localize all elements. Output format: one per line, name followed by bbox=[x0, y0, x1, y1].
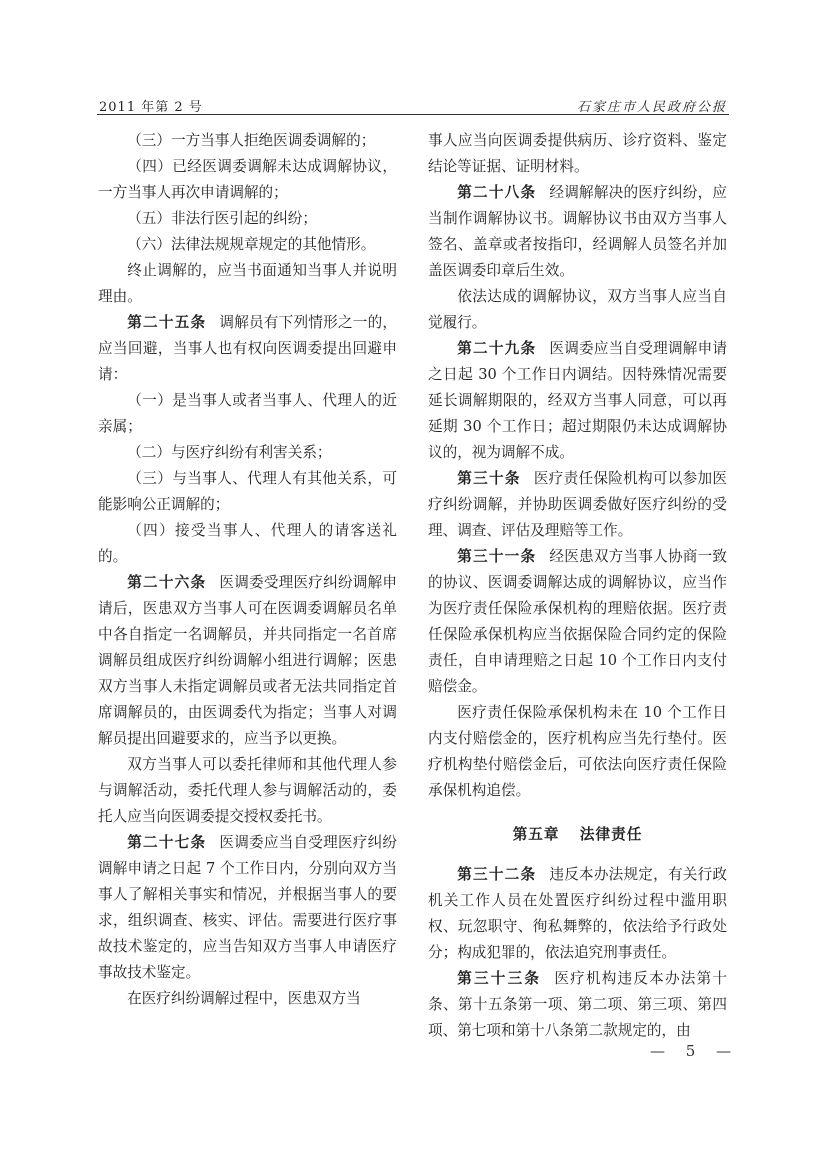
article-heading: 第三十条 bbox=[457, 470, 521, 487]
chapter-number: 第五章 bbox=[513, 826, 560, 843]
paragraph: （六）法律法规规章规定的其他情形。 bbox=[98, 232, 397, 258]
paragraph: （五）非法行医引起的纠纷； bbox=[98, 206, 397, 232]
article-30: 第三十条医疗责任保险机构可以参加医疗纠纷调解，并协助医调委做好医疗纠纷的受理、调… bbox=[428, 466, 727, 544]
article-25: 第二十五条调解员有下列情形之一的，应当回避，当事人也有权向医调委提出回避申请： bbox=[98, 310, 397, 388]
left-column: （三）一方当事人拒绝医调委调解的； （四）已经医调委调解未达成调解协议，一方当事… bbox=[98, 128, 397, 1012]
article-heading: 第二十九条 bbox=[457, 340, 536, 357]
paragraph: （三）一方当事人拒绝医调委调解的； bbox=[98, 128, 397, 154]
paragraph: （一）是当事人或者当事人、代理人的近亲属； bbox=[98, 388, 397, 440]
paragraph-continued: 事人应当向医调委提供病历、诊疗资料、鉴定结论等证据、证明材料。 bbox=[428, 128, 727, 180]
article-text: 医调委应当自受理调解申请之日起 30 个工作日内调结。因特殊情况需要延长调解期限… bbox=[428, 340, 727, 461]
article-heading: 第三十二条 bbox=[457, 866, 536, 883]
article-heading: 第二十七条 bbox=[127, 834, 206, 851]
article-heading: 第二十五条 bbox=[127, 314, 206, 331]
article-26: 第二十六条医调委受理医疗纠纷调解申请后，医患双方当事人可在医调委调解员名单中各自… bbox=[98, 570, 397, 752]
chapter-title: 法律责任 bbox=[580, 826, 642, 843]
article-31: 第三十一条经医患双方当事人协商一致的协议、医调委调解达成的调解协议，应当作为医疗… bbox=[428, 544, 727, 700]
journal-title: 石家庄市人民政府公报 bbox=[577, 96, 727, 115]
paragraph: （四）接受当事人、代理人的请客送礼的。 bbox=[98, 518, 397, 570]
article-33: 第三十三条医疗机构违反本办法第十条、第十五条第一项、第二项、第三项、第四项、第七… bbox=[428, 966, 727, 1044]
issue-label: 2011 年第 2 号 bbox=[99, 96, 203, 115]
article-text: 医调委应当自受理医疗纠纷调解申请之日起 7 个工作日内，分别向双方当事人了解相关… bbox=[98, 834, 397, 981]
paragraph: 医疗责任保险承保机构未在 10 个工作日内支付赔偿金的，医疗机构应当先行垫付。医… bbox=[428, 700, 727, 804]
right-column: 事人应当向医调委提供病历、诊疗资料、鉴定结论等证据、证明材料。 第二十八条经调解… bbox=[428, 128, 727, 1044]
paragraph: 在医疗纠纷调解过程中，医患双方当 bbox=[98, 986, 397, 1012]
paragraph: 终止调解的，应当书面通知当事人并说明理由。 bbox=[98, 258, 397, 310]
page-number: — 5 — bbox=[650, 1042, 739, 1060]
paragraph: （四）已经医调委调解未达成调解协议，一方当事人再次申请调解的； bbox=[98, 154, 397, 206]
article-29: 第二十九条医调委应当自受理调解申请之日起 30 个工作日内调结。因特殊情况需要延… bbox=[428, 336, 727, 466]
paragraph: （三）与当事人、代理人有其他关系，可能影响公正调解的； bbox=[98, 466, 397, 518]
article-text: 医调委受理医疗纠纷调解申请后，医患双方当事人可在医调委调解员名单中各自指定一名调… bbox=[98, 574, 397, 747]
article-heading: 第二十六条 bbox=[127, 574, 206, 591]
article-27: 第二十七条医调委应当自受理医疗纠纷调解申请之日起 7 个工作日内，分别向双方当事… bbox=[98, 830, 397, 986]
paragraph: 依法达成的调解协议，双方当事人应当自觉履行。 bbox=[428, 284, 727, 336]
article-heading: 第二十八条 bbox=[457, 184, 536, 201]
article-heading: 第三十三条 bbox=[457, 970, 541, 987]
running-header: 2011 年第 2 号 石家庄市人民政府公报 bbox=[97, 94, 729, 115]
article-heading: 第三十一条 bbox=[457, 548, 536, 565]
paragraph: （二）与医疗纠纷有利害关系； bbox=[98, 440, 397, 466]
article-28: 第二十八条经调解解决的医疗纠纷，应当制作调解协议书。调解协议书由双方当事人签名、… bbox=[428, 180, 727, 284]
paragraph: 双方当事人可以委托律师和其他代理人参与调解活动，委托代理人参与调解活动的，委托人… bbox=[98, 752, 397, 830]
chapter-heading: 第五章法律责任 bbox=[428, 822, 727, 848]
article-text: 经医患双方当事人协商一致的协议、医调委调解达成的调解协议，应当作为医疗责任保险承… bbox=[428, 548, 727, 695]
article-32: 第三十二条违反本办法规定，有关行政机关工作人员在处置医疗纠纷过程中滥用职权、玩忽… bbox=[428, 862, 727, 966]
